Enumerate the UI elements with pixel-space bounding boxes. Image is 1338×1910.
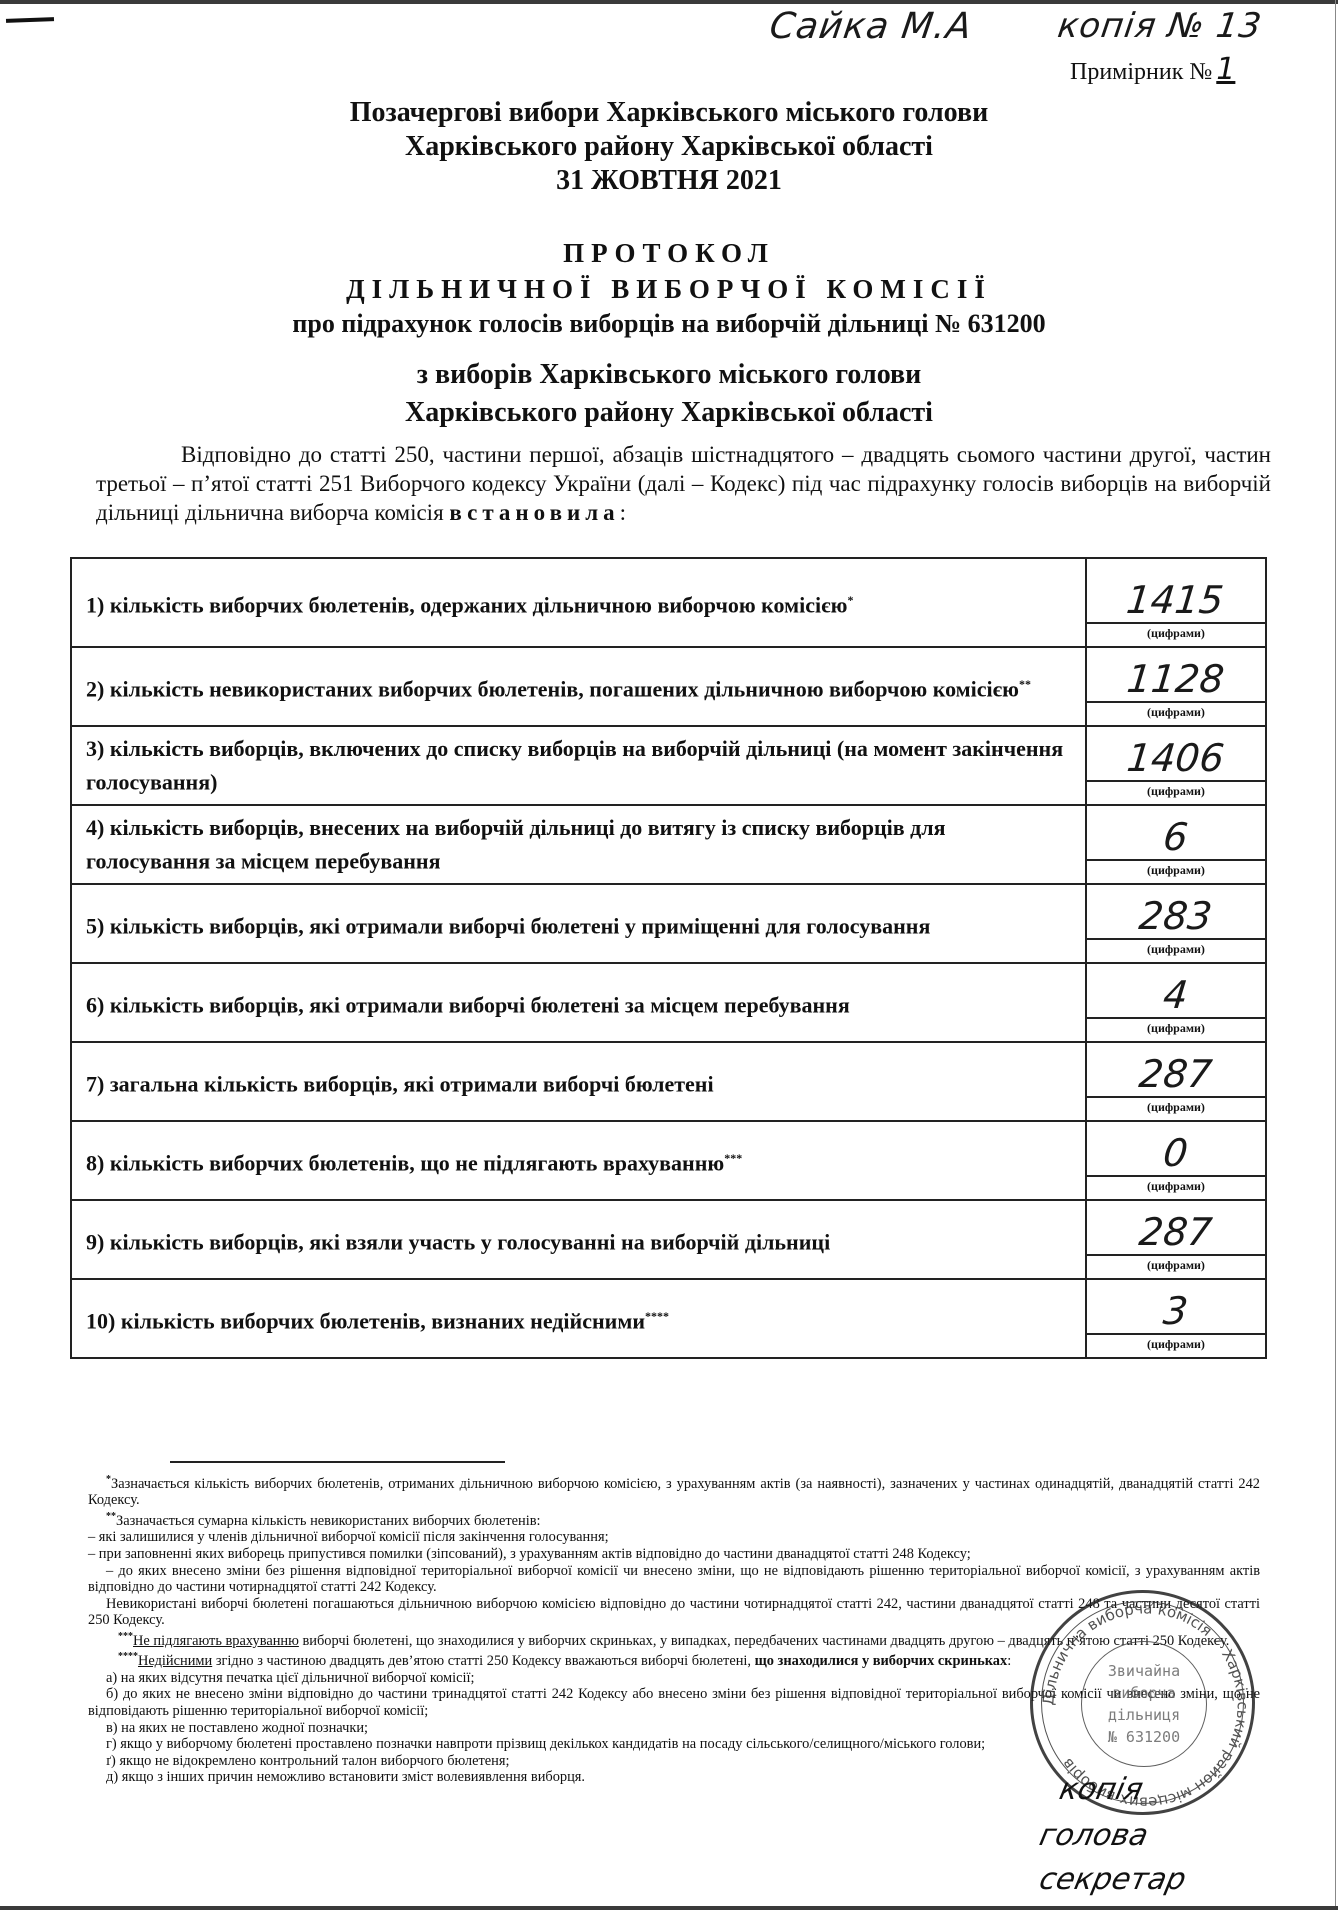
election-title-line: Харківського району Харківської області xyxy=(0,130,1338,164)
row-label: 9) кількість виборців, які взяли участь … xyxy=(72,1201,1085,1278)
footnote-4-term: Недійсними xyxy=(138,1653,212,1669)
row-label: 7) загальна кількість виборців, які отри… xyxy=(72,1043,1085,1120)
value-caption: (цифрами) xyxy=(1087,1175,1265,1199)
value-caption: (цифрами) xyxy=(1087,1017,1265,1041)
stamp-center: Звичайна виборча дільниця № 631200 xyxy=(1081,1641,1207,1767)
handwritten-dash xyxy=(6,17,54,23)
handwritten-copy-number: копія № 13 xyxy=(1055,6,1264,46)
row-value-cell: 1415(цифрами) xyxy=(1085,559,1265,646)
row-label-text: 9) кількість виборців, які взяли участь … xyxy=(86,1229,830,1254)
row-value-cell: 4(цифрами) xyxy=(1085,964,1265,1041)
table-row: 10) кількість виборчих бюлетенів, визнан… xyxy=(72,1278,1265,1357)
copy-number-label: Примірник № xyxy=(1070,59,1212,85)
footnote-3-term: Не підлягають врахуванню xyxy=(133,1633,299,1649)
table-row: 1) кількість виборчих бюлетенів, одержан… xyxy=(72,559,1265,646)
election-scope-line: з виборів Харківського міського голови xyxy=(0,356,1338,394)
row-label: 6) кількість виборців, які отримали вибо… xyxy=(72,964,1085,1041)
row-label: 1) кількість виборчих бюлетенів, одержан… xyxy=(72,559,1085,646)
protocol-subtitle: про підрахунок голосів виборців на вибор… xyxy=(0,308,1338,340)
copy-number: Примірник №1 xyxy=(1070,52,1235,87)
row-value: 4 xyxy=(1084,964,1268,1017)
row-value: 6 xyxy=(1084,806,1268,859)
table-row: 8) кількість виборчих бюлетенів, що не п… xyxy=(72,1120,1265,1199)
row-label-text: 2) кількість невикористаних виборчих бюл… xyxy=(86,676,1019,701)
election-scope-line: Харківського району Харківської області xyxy=(0,394,1338,432)
value-caption: (цифрами) xyxy=(1087,622,1265,646)
row-value: 1406 xyxy=(1084,727,1268,780)
row-value: 1415 xyxy=(1084,559,1269,622)
value-caption: (цифрами) xyxy=(1087,938,1265,962)
table-row: 2) кількість невикористаних виборчих бюл… xyxy=(72,646,1265,725)
footnote-4: згідно з частиною двадцять дев’ятою стат… xyxy=(212,1653,754,1669)
row-value-cell: 3(цифрами) xyxy=(1085,1280,1265,1357)
value-caption: (цифрами) xyxy=(1087,859,1265,883)
value-caption: (цифрами) xyxy=(1087,701,1265,725)
row-value: 0 xyxy=(1084,1122,1268,1175)
intro-text: Відповідно до статті 250, частини першої… xyxy=(96,442,1271,525)
bottom-border xyxy=(0,1906,1338,1910)
row-value-cell: 1128(цифрами) xyxy=(1085,648,1265,725)
value-caption: (цифрами) xyxy=(1087,1096,1265,1120)
intro-ending: : xyxy=(620,500,626,525)
footnote-mark: **** xyxy=(645,1309,669,1323)
row-label: 10) кількість виборчих бюлетенів, визнан… xyxy=(72,1280,1085,1357)
top-border xyxy=(0,0,1338,4)
footnote-2: Зазначається сумарна кількість невикорис… xyxy=(116,1513,541,1529)
row-value-cell: 0(цифрами) xyxy=(1085,1122,1265,1199)
signature-copy: копія xyxy=(1056,1772,1146,1807)
row-value: 3 xyxy=(1084,1280,1268,1333)
row-value-cell: 287(цифрами) xyxy=(1085,1043,1265,1120)
row-label-text: 7) загальна кількість виборців, які отри… xyxy=(86,1071,714,1096)
election-title-line: Позачергові вибори Харківського міського… xyxy=(0,96,1338,130)
table-row: 7) загальна кількість виборців, які отри… xyxy=(72,1041,1265,1120)
election-date: 31 ЖОВТНЯ 2021 xyxy=(0,164,1338,198)
protocol-title: ПРОТОКОЛ ДІЛЬНИЧНОЇ ВИБОРЧОЇ КОМІСІЇ xyxy=(0,235,1338,307)
stamp-line: дільниця xyxy=(1108,1704,1180,1726)
row-label: 4) кількість виборців, внесених на вибор… xyxy=(72,806,1085,883)
footnote-mark: **** xyxy=(118,1651,138,1662)
row-label: 8) кількість виборчих бюлетенів, що не п… xyxy=(72,1122,1085,1199)
row-label: 5) кількість виборців, які отримали вибо… xyxy=(72,885,1085,962)
row-label: 3) кількість виборців, включених до спис… xyxy=(72,727,1085,804)
table-row: 6) кількість виборців, які отримали вибо… xyxy=(72,962,1265,1041)
row-label-text: 10) кількість виборчих бюлетенів, визнан… xyxy=(86,1308,645,1333)
row-value-cell: 283(цифрами) xyxy=(1085,885,1265,962)
footnote-mark: ** xyxy=(1019,677,1031,691)
footnote-2-item: – до яких внесено зміни без рішення відп… xyxy=(88,1563,1260,1596)
footnote-mark: *** xyxy=(118,1631,133,1642)
row-label-text: 3) кількість виборців, включених до спис… xyxy=(86,736,1063,794)
footnote-2-item: – які залишилися у членів дільничної виб… xyxy=(88,1529,1260,1546)
row-value-cell: 6(цифрами) xyxy=(1085,806,1265,883)
stamp-line: Звичайна xyxy=(1108,1660,1180,1682)
row-value: 287 xyxy=(1084,1043,1268,1096)
row-value-cell: 287(цифрами) xyxy=(1085,1201,1265,1278)
row-label-text: 8) кількість виборчих бюлетенів, що не п… xyxy=(86,1150,724,1175)
election-title: Позачергові вибори Харківського міського… xyxy=(0,96,1338,198)
stamp-line: № 631200 xyxy=(1108,1726,1180,1748)
stamp-line: виборча xyxy=(1112,1682,1175,1704)
handwritten-name: Сайка М.А xyxy=(767,6,975,47)
row-label-text: 6) кількість виборців, які отримали вибо… xyxy=(86,992,850,1017)
table-row: 5) кількість виборців, які отримали вибо… xyxy=(72,883,1265,962)
footnote-mark: * xyxy=(847,593,853,607)
election-scope: з виборів Харківського міського голови Х… xyxy=(0,356,1338,432)
intro-emphasis: встановила xyxy=(449,500,619,525)
intro-paragraph: Відповідно до статті 250, частини першої… xyxy=(96,440,1271,527)
value-caption: (цифрами) xyxy=(1087,1333,1265,1357)
row-value: 283 xyxy=(1084,885,1268,938)
value-caption: (цифрами) xyxy=(1087,1254,1265,1278)
row-value-cell: 1406(цифрами) xyxy=(1085,727,1265,804)
protocol-heading: ПРОТОКОЛ xyxy=(0,235,1338,271)
footnote-mark: ** xyxy=(106,1511,116,1522)
row-label-text: 5) кількість виборців, які отримали вибо… xyxy=(86,913,930,938)
table-row: 9) кількість виборців, які взяли участь … xyxy=(72,1199,1265,1278)
copy-number-value: 1 xyxy=(1216,52,1235,87)
footnote-4-bold: що знаходилися у виборчих скриньках xyxy=(755,1653,1008,1669)
row-value: 1128 xyxy=(1084,648,1268,701)
row-label-text: 1) кількість виборчих бюлетенів, одержан… xyxy=(86,592,847,617)
row-label: 2) кількість невикористаних виборчих бюл… xyxy=(72,648,1085,725)
signature-head: голова xyxy=(1036,1818,1151,1853)
value-caption: (цифрами) xyxy=(1087,780,1265,804)
footnote-2-item: – при заповненні яких виборець припустив… xyxy=(88,1546,1260,1563)
footnote-1: Зазначається кількість виборчих бюлетені… xyxy=(88,1476,1260,1509)
protocol-commission: ДІЛЬНИЧНОЇ ВИБОРЧОЇ КОМІСІЇ xyxy=(0,271,1338,307)
signature-secretary: секретар xyxy=(1036,1862,1189,1897)
footnote-mark: *** xyxy=(724,1151,742,1165)
footnote-divider xyxy=(170,1461,505,1463)
row-label-text: 4) кількість виборців, внесених на вибор… xyxy=(86,815,946,873)
table-row: 3) кількість виборців, включених до спис… xyxy=(72,725,1265,804)
protocol-table: 1) кількість виборчих бюлетенів, одержан… xyxy=(70,557,1267,1359)
row-value: 287 xyxy=(1084,1201,1268,1254)
table-row: 4) кількість виборців, внесених на вибор… xyxy=(72,804,1265,883)
